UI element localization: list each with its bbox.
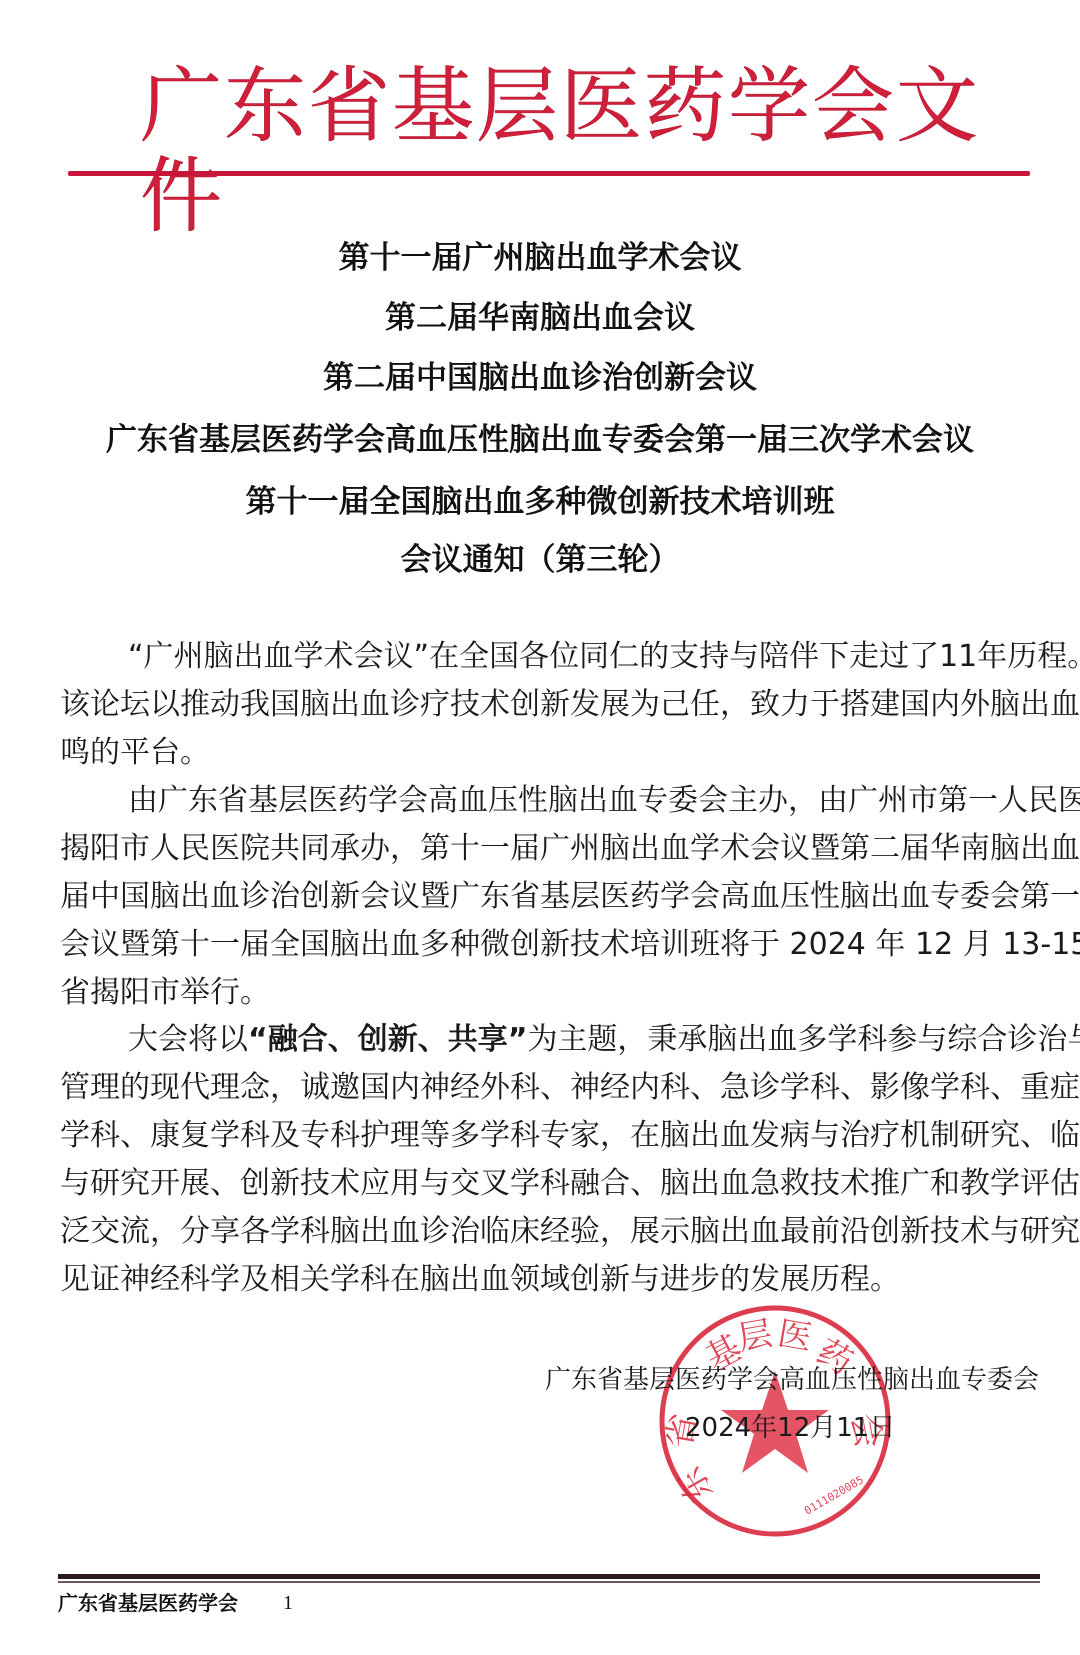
body-line: 与研究开展、创新技术应用与交叉学科融合、脑出血急救技术推广和教学评估等多领域广: [60, 1160, 1030, 1208]
subtitle-meeting-1: 第十一届广州脑出血学术会议: [0, 238, 1080, 278]
footer-divider: [58, 1574, 1040, 1579]
subtitle-meeting-5: 第十一届全国脑出血多种微创新技术培训班: [0, 482, 1080, 522]
body-line: 管理的现代理念，诚邀国内神经外科、神经内科、急诊学科、影像学科、重症学科、中医: [60, 1064, 1030, 1112]
letterhead-title: 广东省基层医药学会文件: [140, 62, 980, 152]
seal-serial: 0111020085: [802, 1473, 866, 1517]
theme-prefix: 大会将以: [128, 1022, 248, 1057]
subtitle-meeting-4: 广东省基层医药学会高血压性脑出血专委会第一届三次学术会议: [0, 420, 1080, 460]
signature-organization: 广东省基层医药学会高血压性脑出血专委会: [545, 1360, 995, 1400]
footer-organization: 广东省基层医药学会: [58, 1586, 238, 1620]
body-line: 省揭阳市举行。: [60, 969, 1030, 1017]
body-line: 会议暨第十一届全国脑出血多种微创新技术培训班将于 2024 年 12 月 13-…: [60, 921, 1030, 969]
body-line: 届中国脑出血诊治创新会议暨广东省基层医药学会高血压性脑出血专委会第一届三次学术: [60, 873, 1030, 921]
body-line: 泛交流，分享各学科脑出血诊治临床经验，展示脑出血最前沿创新技术与研究转化成果，: [60, 1208, 1030, 1256]
body-line-theme: 大会将以“融合、创新、共享”为主题，秉承脑出血多学科参与综合诊治与医护一体: [128, 1016, 1030, 1064]
seal-char: 医: [775, 1314, 815, 1359]
body-line: 鸣的平台。: [60, 729, 1030, 777]
body-line: 学科、康复学科及专科护理等多学科专家，在脑出血发病与治疗机制研究、临床救治实践: [60, 1112, 1030, 1160]
theme-keywords: “融合、创新、共享”: [248, 1022, 527, 1057]
subtitle-meeting-3: 第二届中国脑出血诊治创新会议: [0, 358, 1080, 398]
subtitle-meeting-2: 第二届华南脑出血会议: [0, 298, 1080, 338]
theme-suffix: 为主题，秉承脑出血多学科参与综合诊治与医护一体: [527, 1022, 1080, 1057]
seal-char: 东: [670, 1460, 722, 1509]
body-line: 见证神经科学及相关学科在脑出血领域创新与进步的发展历程。: [60, 1256, 1030, 1304]
page-number: 1: [283, 1586, 293, 1620]
notice-title: 会议通知（第三轮）: [0, 540, 1080, 580]
body-line: 该论坛以推动我国脑出血诊疗技术创新发展为己任，致力于搭建国内外脑出血领域百家争: [60, 681, 1030, 729]
body-line: 由广东省基层医药学会高血压性脑出血专委会主办，由广州市第一人民医院、广东省: [128, 777, 1030, 825]
seal-char: 层: [735, 1314, 775, 1359]
footer-divider-thin: [58, 1581, 1040, 1583]
body-line: 揭阳市人民医院共同承办，第十一届广州脑出血学术会议暨第二届华南脑出血会议暨第二: [60, 825, 1030, 873]
signature-date: 2024年12月11日: [685, 1408, 850, 1448]
letterhead-divider: [68, 171, 1030, 176]
body-line: “广州脑出血学术会议”在全国各位同仁的支持与陪伴下走过了11年历程。11年来，: [128, 633, 1030, 681]
